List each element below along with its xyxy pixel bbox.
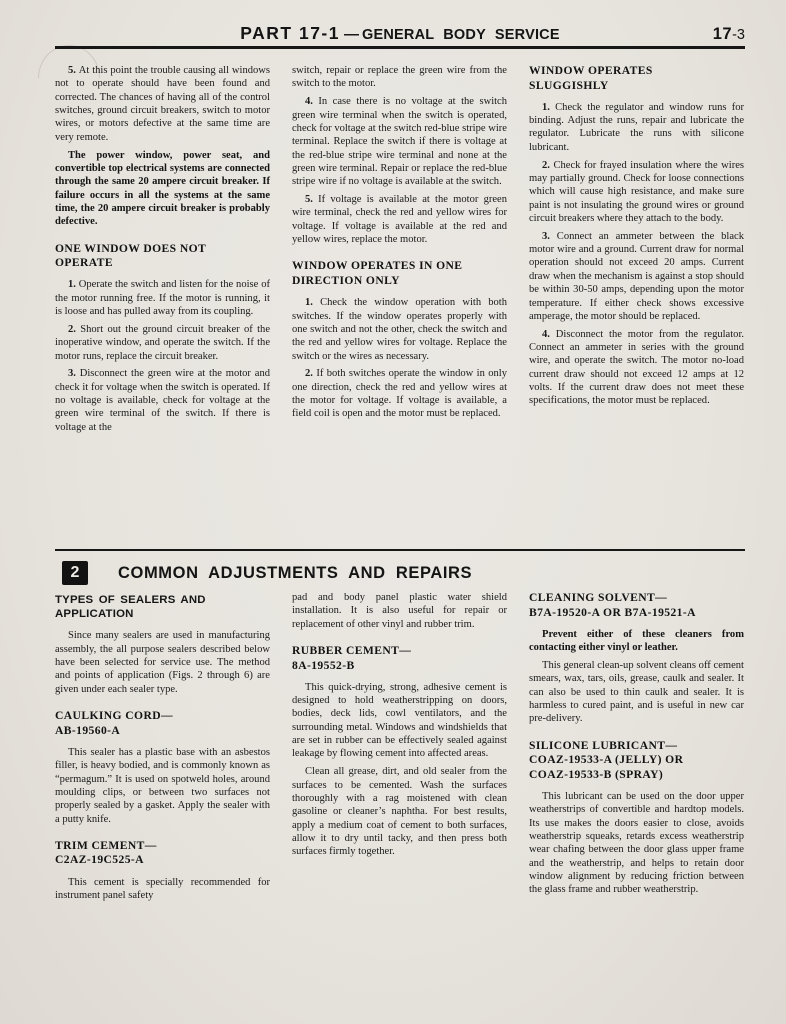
step-number: 2.: [68, 324, 80, 335]
body-paragraph: 4. In case there is no voltage at the sw…: [292, 95, 507, 188]
bottom-columns: TYPES OF SEALERS ANDAPPLICATIONSince man…: [55, 591, 745, 1011]
body-paragraph: 3. Connect an ammeter between the black …: [529, 230, 744, 323]
body-paragraph: This sealer has a plastic base with an a…: [55, 746, 270, 826]
page-number-major: 17: [713, 25, 732, 43]
body-paragraph: 5. At this point the trouble causing all…: [55, 64, 270, 144]
step-number: 1.: [305, 297, 320, 308]
subsection-heading: RUBBER CEMENT—8A-19552-B: [292, 644, 507, 673]
subsection-heading: TYPES OF SEALERS ANDAPPLICATION: [55, 593, 270, 621]
subsection-heading: CAULKING CORD—AB-19560-A: [55, 709, 270, 738]
body-paragraph: This lubricant can be used on the door u…: [529, 790, 744, 897]
body-paragraph: This quick-drying, strong, adhesive ceme…: [292, 681, 507, 761]
body-paragraph: 2. Check for frayed insulation where the…: [529, 159, 744, 226]
body-paragraph: This cement is specially recommended for…: [55, 876, 270, 903]
step-number: 2.: [305, 368, 316, 379]
section-divider-rule: [55, 549, 745, 551]
body-paragraph: The power window, power seat, and conver…: [55, 149, 270, 229]
body-paragraph: 4. Disconnect the motor from the regulat…: [529, 328, 744, 408]
step-number: 4.: [542, 329, 556, 340]
text-column: TYPES OF SEALERS ANDAPPLICATIONSince man…: [55, 591, 270, 1011]
step-number: 3.: [68, 368, 80, 379]
section-number-box: 2: [62, 561, 88, 585]
manual-page: PART 17-1—GENERAL BODY SERVICE 17-3 5. A…: [0, 0, 786, 1024]
page-number: 17-3: [713, 25, 745, 44]
top-columns: 5. At this point the trouble causing all…: [55, 64, 745, 548]
subsection-heading: ONE WINDOW DOES NOTOPERATE: [55, 242, 270, 271]
step-number: 4.: [305, 96, 318, 107]
body-paragraph: Prevent either of these cleaners from co…: [529, 628, 744, 655]
body-paragraph: 1. Operate the switch and listen for the…: [55, 278, 270, 318]
body-paragraph: 2. Short out the ground circuit breaker …: [55, 323, 270, 363]
text-column: WINDOW OPERATESSLUGGISHLY1. Check the re…: [529, 64, 744, 548]
body-paragraph: 2. If both switches operate the window i…: [292, 367, 507, 420]
body-paragraph: Since many sealers are used in manufactu…: [55, 629, 270, 696]
part-label: PART 17-1: [240, 23, 340, 43]
body-paragraph: switch, repair or replace the green wire…: [292, 64, 507, 91]
subsection-heading: WINDOW OPERATES IN ONEDIRECTION ONLY: [292, 259, 507, 288]
step-number: 5.: [305, 194, 318, 205]
subsection-heading: SILICONE LUBRICANT—COAZ-19533-A (JELLY) …: [529, 739, 744, 783]
section-banner: 2 COMMON ADJUSTMENTS AND REPAIRS: [62, 560, 472, 586]
body-paragraph: 5. If voltage is available at the motor …: [292, 193, 507, 246]
page-header: PART 17-1—GENERAL BODY SERVICE: [55, 23, 745, 44]
subsection-heading: CLEANING SOLVENT—B7A-19520-A OR B7A-1952…: [529, 591, 744, 620]
header-rule: [55, 46, 745, 49]
text-column: CLEANING SOLVENT—B7A-19520-A OR B7A-1952…: [529, 591, 744, 1011]
body-paragraph: pad and body panel plastic water shield …: [292, 591, 507, 631]
body-paragraph: 1. Check the regulator and window runs f…: [529, 101, 744, 154]
body-paragraph: This general clean-up solvent cleans off…: [529, 659, 744, 726]
header-section-title: GENERAL BODY SERVICE: [362, 27, 560, 43]
step-number: 2.: [542, 160, 553, 171]
step-number: 5.: [68, 65, 79, 76]
body-paragraph: Clean all grease, dirt, and old sealer f…: [292, 765, 507, 858]
header-dash: —: [344, 26, 359, 43]
section-banner-title: COMMON ADJUSTMENTS AND REPAIRS: [118, 564, 472, 583]
subsection-heading: TRIM CEMENT—C2AZ-19C525-A: [55, 839, 270, 868]
body-paragraph: 3. Disconnect the green wire at the moto…: [55, 367, 270, 434]
text-column: 5. At this point the trouble causing all…: [55, 64, 270, 548]
text-column: switch, repair or replace the green wire…: [292, 64, 507, 548]
body-paragraph: 1. Check the window operation with both …: [292, 296, 507, 363]
subsection-heading: WINDOW OPERATESSLUGGISHLY: [529, 64, 744, 93]
step-number: 1.: [68, 279, 79, 290]
page-number-minor: -3: [732, 27, 745, 43]
text-column: pad and body panel plastic water shield …: [292, 591, 507, 1011]
step-number: 1.: [542, 102, 555, 113]
step-number: 3.: [542, 231, 557, 242]
